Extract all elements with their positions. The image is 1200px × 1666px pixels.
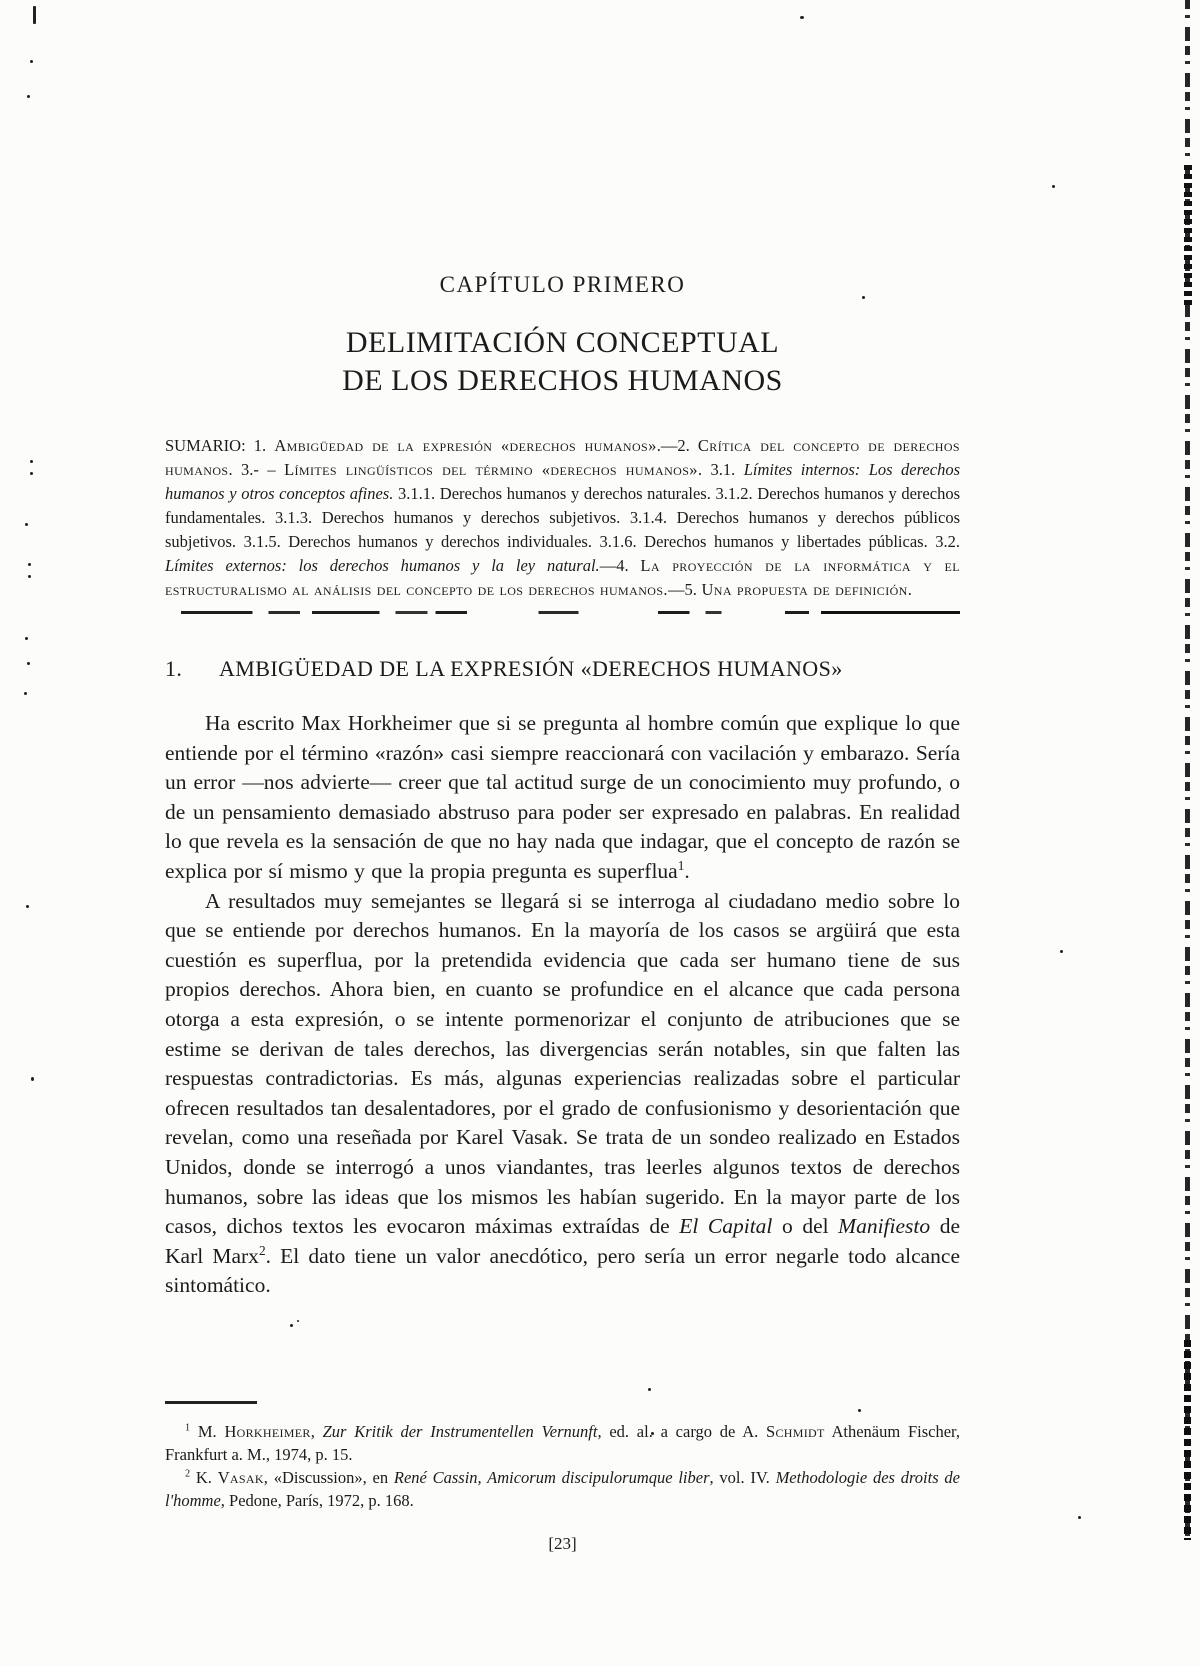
scan-speck (858, 1409, 861, 1412)
scan-speck (297, 1320, 299, 1322)
title-line-1: DELIMITACIÓN CONCEPTUAL (165, 324, 960, 362)
scan-speck (648, 1388, 651, 1391)
scan-speck (1052, 185, 1055, 188)
horizontal-divider (165, 611, 960, 614)
scan-binding-artifact-lower (1184, 1340, 1191, 1540)
footnote-separator (165, 1401, 257, 1404)
scan-speck (800, 16, 804, 19)
scan-speck (25, 637, 28, 640)
scan-speck (30, 60, 33, 63)
page-title: DELIMITACIÓN CONCEPTUAL DE LOS DERECHOS … (165, 324, 960, 400)
scan-speck (651, 1432, 654, 1435)
scan-speck (1060, 950, 1063, 953)
page-number: [23] (165, 1534, 960, 1554)
scan-speck (862, 296, 865, 299)
scan-speck (1078, 1516, 1081, 1519)
scan-speck (28, 575, 31, 578)
text-column: CAPÍTULO PRIMERO DELIMITACIÓN CONCEPTUAL… (165, 0, 960, 1554)
section-title: AMBIGÜEDAD DE LA EXPRESIÓN «DERECHOS HUM… (219, 656, 843, 681)
scan-speck (26, 905, 29, 908)
footnote-1: 1 M. Horkheimer, Zur Kritik der Instrume… (165, 1420, 960, 1466)
scan-speck (24, 692, 27, 695)
scan-speck (30, 472, 33, 475)
scan-speck (27, 95, 30, 98)
scan-speck (290, 1324, 293, 1327)
scan-speck (30, 460, 33, 463)
scan-speck (33, 6, 36, 24)
section-number: 1. (165, 656, 219, 682)
paragraph-1: Ha escrito Max Horkheimer que si se preg… (165, 709, 960, 887)
scanned-book-page: CAPÍTULO PRIMERO DELIMITACIÓN CONCEPTUAL… (0, 0, 1200, 1666)
title-line-2: DE LOS DERECHOS HUMANOS (165, 362, 960, 400)
section-1-heading: 1.AMBIGÜEDAD DE LA EXPRESIÓN «DERECHOS H… (165, 656, 960, 682)
paragraph-2: A resultados muy semejantes se llegará s… (165, 887, 960, 1301)
chapter-heading: CAPÍTULO PRIMERO (165, 272, 960, 298)
scan-speck (27, 662, 30, 665)
body-text: Ha escrito Max Horkheimer que si se preg… (165, 709, 960, 1301)
scan-speck (28, 563, 31, 566)
scan-speck (25, 523, 28, 526)
footnote-2: 2 K. Vasak, «Discussion», en René Cassin… (165, 1466, 960, 1512)
scan-binding-artifact-dense (1184, 165, 1192, 305)
sumario-abstract: SUMARIO: 1. Ambigüedad de la expresión «… (165, 434, 960, 602)
footnotes: 1 M. Horkheimer, Zur Kritik der Instrume… (165, 1420, 960, 1512)
scan-speck (31, 1077, 34, 1081)
